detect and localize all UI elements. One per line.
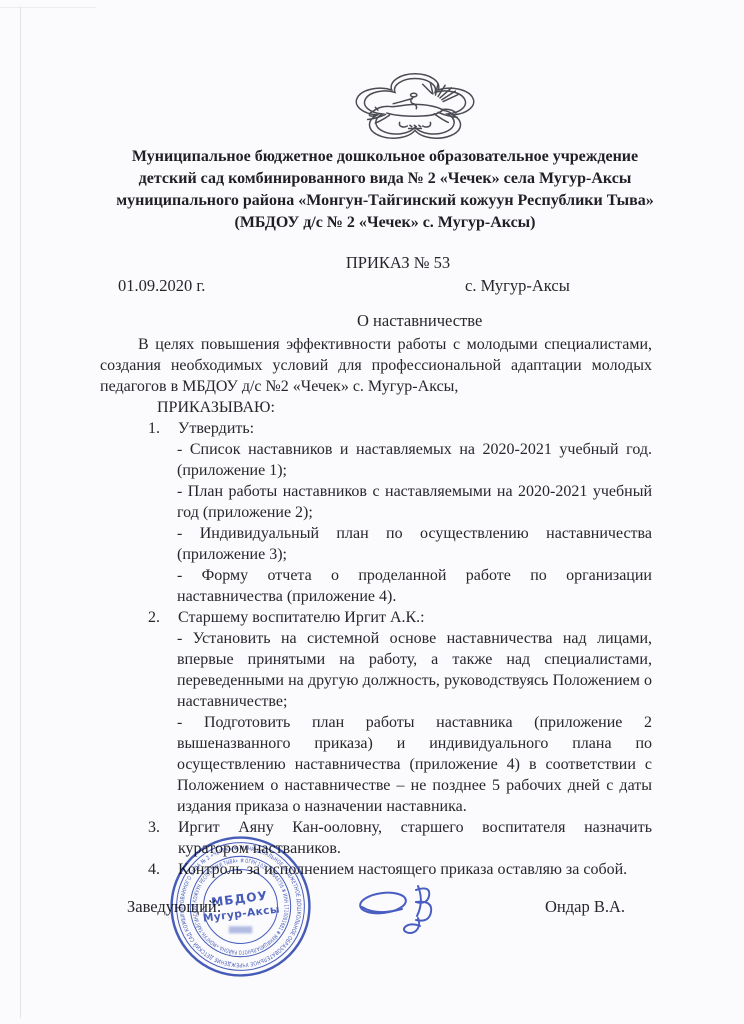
order-subitem: - Подготовить план работы наставника (пр…: [100, 712, 652, 817]
signature-b-top: [416, 888, 429, 902]
signer-name: Ондар В.А.: [545, 897, 625, 917]
item-number: 1.: [148, 418, 160, 439]
item-number: 3.: [148, 817, 160, 838]
preamble: В целях повышения эффективности работы с…: [100, 334, 652, 397]
stamp-center-text: МБДОУ Мугур-Аксы: [200, 887, 280, 924]
order-date: 01.09.2020 г.: [118, 276, 205, 296]
org-name-line: (МБДОУ д/с № 2 «Чечек» с. Мугур-Аксы): [100, 212, 670, 234]
order-subject: О наставничестве: [357, 311, 482, 331]
handwritten-signature: [356, 880, 456, 938]
letterhead: Муниципальное бюджетное дошкольное образ…: [100, 146, 670, 234]
order-title: ПРИКАЗ № 53: [100, 253, 652, 273]
org-name-line: муниципального района «Монгун-Тайгинский…: [100, 190, 670, 212]
order-subitem: - План работы наставников с наставляемым…: [100, 481, 652, 523]
emblem-horseman-rosette-icon: [351, 72, 479, 144]
item-number: 4.: [148, 859, 160, 880]
scan-page-edge-left: [20, 6, 21, 1018]
order-subitem: - Форму отчета о проделанной работе по о…: [100, 565, 652, 607]
order-item-1: 1. Утвердить:: [100, 418, 652, 439]
order-subitem: - Список наставников и наставляемых на 2…: [100, 439, 652, 481]
horse-back: [373, 104, 442, 111]
sun-rays: [423, 83, 458, 102]
scan-page-edge-top: [0, 7, 96, 8]
scanned-order-document: Муниципальное бюджетное дошкольное образ…: [0, 0, 744, 1024]
stamp-microtext-smudge: [229, 926, 252, 933]
item-number: 2.: [148, 607, 160, 628]
order-subitem: - Установить на системной основе наставн…: [100, 628, 652, 712]
order-place: с. Мугур-Аксы: [465, 276, 570, 296]
org-name-line: детский сад комбинированного вида № 2 «Ч…: [100, 168, 670, 190]
order-body: В целях повышения эффективности работы с…: [100, 334, 652, 880]
resolve-word: ПРИКАЗЫВАЮ:: [100, 397, 652, 418]
order-item-2: 2. Старшему воспитателю Иргит А.К.:: [100, 607, 652, 628]
order-subitem: - Индивидуальный план по осуществлению н…: [100, 523, 652, 565]
round-seal-stamp: МУНИЦИПАЛЬНОЕ БЮДЖЕТНОЕ ДОШКОЛЬНОЕ ОБРАЗ…: [167, 833, 314, 980]
org-name-line: Муниципальное бюджетное дошкольное образ…: [100, 146, 670, 168]
item-text: Старшему воспитателю Иргит А.К.:: [178, 609, 425, 626]
item-text: Утвердить:: [178, 420, 254, 437]
